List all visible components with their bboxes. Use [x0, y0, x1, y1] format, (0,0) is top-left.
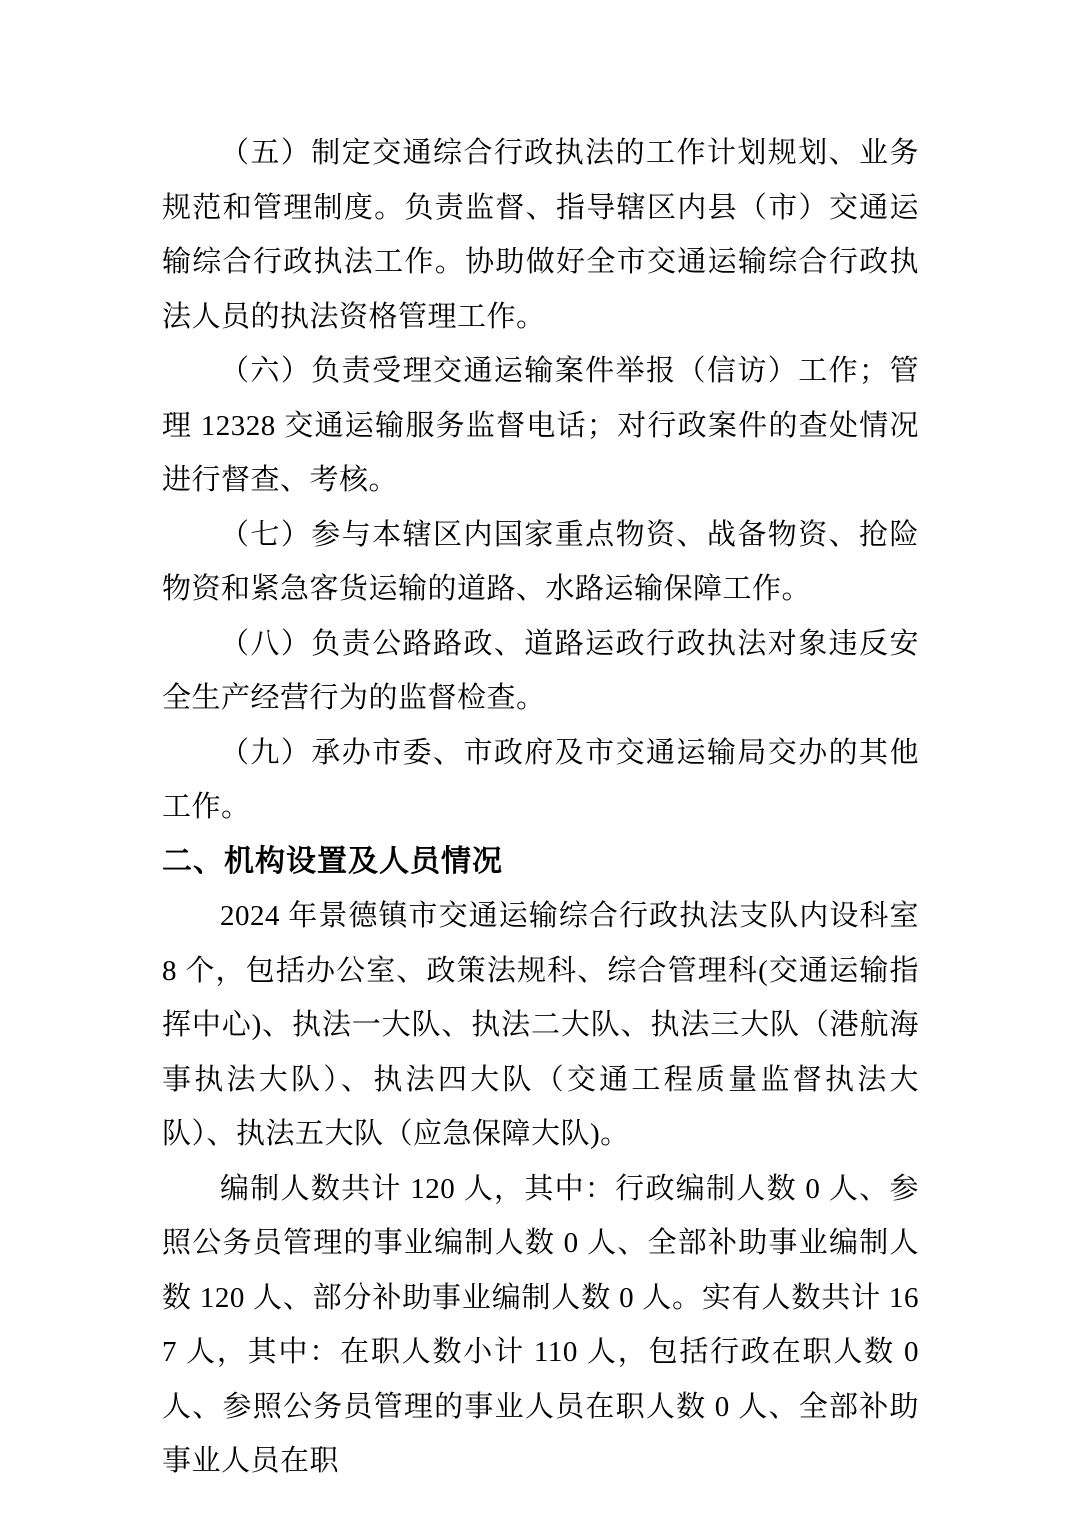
body-paragraph: （五）制定交通综合行政执法的工作计划规划、业务规范和管理制度。负责监督、指导辖区… [162, 126, 919, 344]
document-page: （五）制定交通综合行政执法的工作计划规划、业务规范和管理制度。负责监督、指导辖区… [0, 0, 1074, 1520]
body-paragraph: 编制人数共计 120 人，其中：行政编制人数 0 人、参照公务员管理的事业编制人… [162, 1162, 919, 1489]
section-heading: 二、机构设置及人员情况 [162, 835, 919, 890]
body-paragraph: 2024 年景德镇市交通运输综合行政执法支队内设科室 8 个，包括办公室、政策法… [162, 889, 919, 1162]
body-paragraph: （六）负责受理交通运输案件举报（信访）工作；管理 12328 交通运输服务监督电… [162, 344, 919, 508]
body-paragraph: （八）负责公路路政、道路运政行政执法对象违反安全生产经营行为的监督检查。 [162, 617, 919, 726]
document-body: （五）制定交通综合行政执法的工作计划规划、业务规范和管理制度。负责监督、指导辖区… [162, 126, 919, 1489]
body-paragraph: （九）承办市委、市政府及市交通运输局交办的其他工作。 [162, 726, 919, 835]
body-paragraph: （七）参与本辖区内国家重点物资、战备物资、抢险物资和紧急客货运输的道路、水路运输… [162, 508, 919, 617]
